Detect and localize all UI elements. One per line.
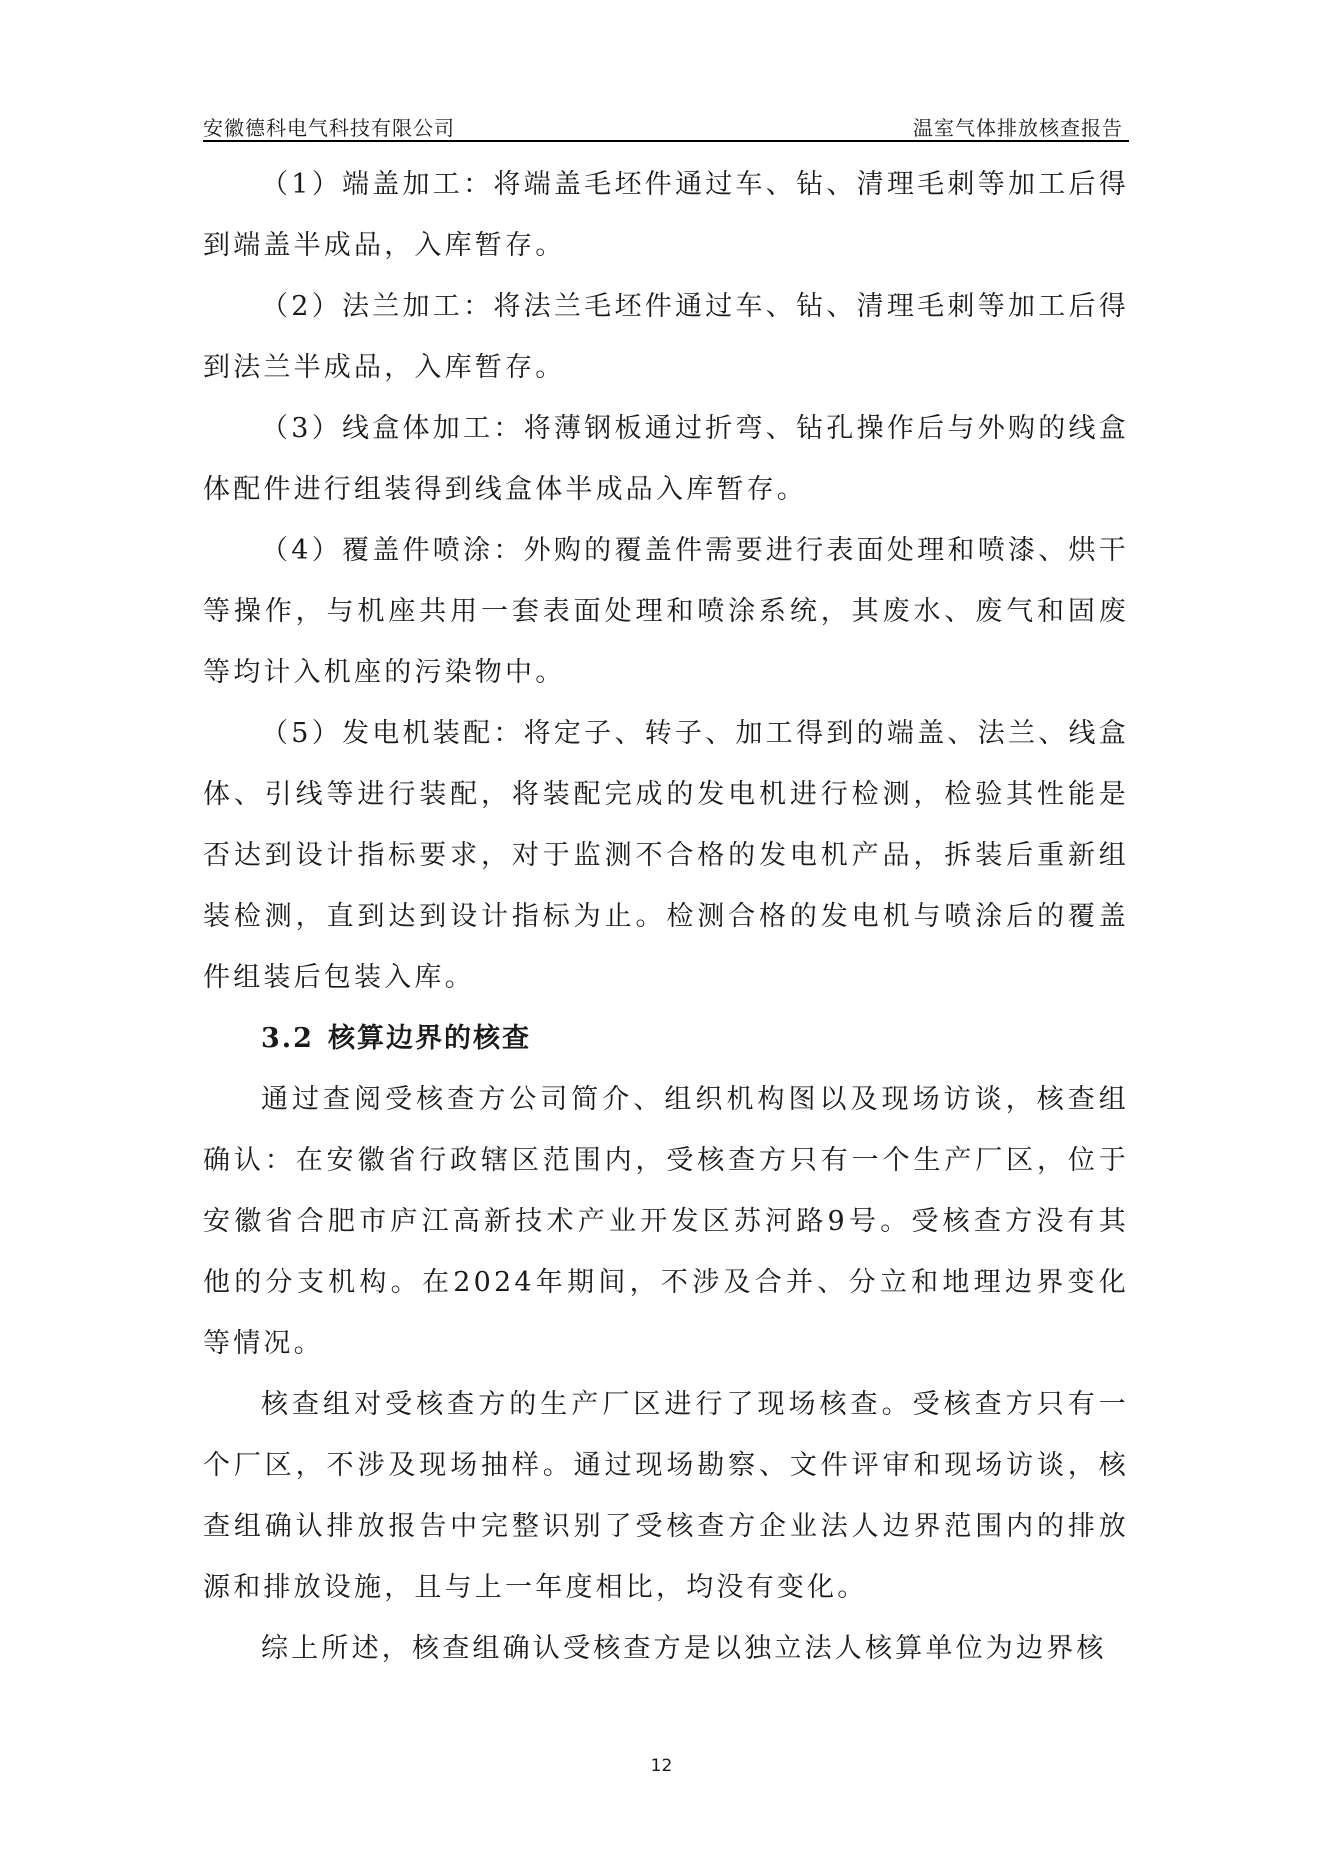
paragraph-site-inspection: 核查组对受核查方的生产厂区进行了现场核查。受核查方只有一个厂区，不涉及现场抽样。… [203, 1374, 1129, 1618]
paragraph-end-cover: （1）端盖加工：将端盖毛坯件通过车、钻、清理毛刺等加工后得到端盖半成品，入库暂存… [203, 154, 1129, 276]
company-name: 安徽德科电气科技有限公司 [203, 112, 455, 141]
section-heading: 3.2核算边界的核查 [203, 1008, 1129, 1069]
paragraph-conclusion: 综上所述，核查组确认受核查方是以独立法人核算单位为边界核 [203, 1618, 1129, 1679]
header-divider [203, 140, 1129, 142]
page-number: 12 [0, 1756, 1323, 1776]
paragraph-boundary-confirmation: 通过查阅受核查方公司简介、组织机构图以及现场访谈，核查组确认：在安徽省行政辖区范… [203, 1069, 1129, 1374]
report-title: 温室气体排放核查报告 [913, 112, 1123, 141]
page-body: （1）端盖加工：将端盖毛坯件通过车、钻、清理毛刺等加工后得到端盖半成品，入库暂存… [203, 154, 1129, 1679]
paragraph-cover-spraying: （4）覆盖件喷涂：外购的覆盖件需要进行表面处理和喷漆、烘干等操作，与机座共用一套… [203, 520, 1129, 703]
paragraph-flange: （2）法兰加工：将法兰毛坯件通过车、钻、清理毛刺等加工后得到法兰半成品，入库暂存… [203, 276, 1129, 398]
paragraph-junction-box: （3）线盒体加工：将薄钢板通过折弯、钻孔操作后与外购的线盒体配件进行组装得到线盒… [203, 398, 1129, 520]
paragraph-generator-assembly: （5）发电机装配：将定子、转子、加工得到的端盖、法兰、线盒体、引线等进行装配，将… [203, 703, 1129, 1008]
section-title: 核算边界的核查 [328, 1023, 531, 1054]
section-number: 3.2 [261, 1023, 314, 1054]
page-header: 安徽德科电气科技有限公司 温室气体排放核查报告 [203, 108, 1129, 140]
